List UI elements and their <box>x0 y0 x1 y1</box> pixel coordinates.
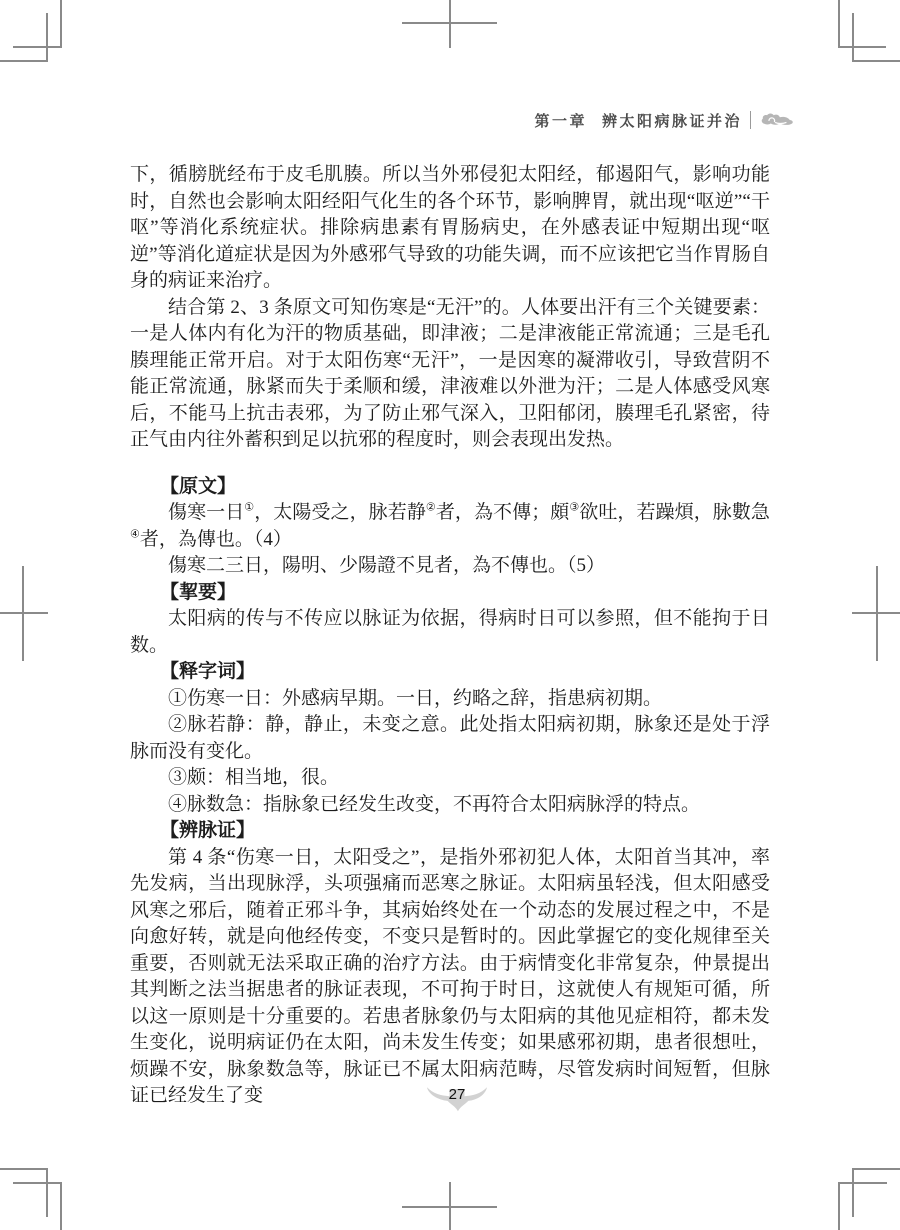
crop-mark-line <box>60 0 62 48</box>
page-number: 27 <box>426 1086 488 1103</box>
crop-mark-line <box>402 22 497 24</box>
paragraph-gap <box>130 454 770 474</box>
footnote-marker: ③ <box>569 502 579 514</box>
footnote-marker: ④ <box>130 528 140 540</box>
crop-mark-line <box>0 1168 48 1170</box>
chapter-label: 第一章 <box>534 110 587 131</box>
paragraph: ②脉若静：静，静止，未变之意。此处指太阳病初期，脉象还是处于浮脉而没有变化。 <box>130 712 770 765</box>
paragraph: ①伤寒一日：外感病早期。一日，约略之辞，指患病初期。 <box>130 686 770 713</box>
paragraph: ③颇：相当地，很。 <box>130 765 770 792</box>
paragraph: 第 4 条“伤寒一日，太阳受之”，是指外邪初犯人体，太阳首当其冲，率先发病，当出… <box>130 845 770 1110</box>
book-page: 第一章 辨太阳病脉证并治 下，循膀胱经布于皮毛肌腠。所以当外邪侵犯太阳经，郁遏阳… <box>0 0 900 1230</box>
crop-mark-line <box>852 1168 900 1170</box>
cloud-icon <box>760 112 794 129</box>
crop-mark-line <box>13 46 61 48</box>
crop-mark-line <box>0 60 48 62</box>
crop-mark-line <box>22 566 24 661</box>
crop-mark-line <box>46 13 48 62</box>
crop-mark-line <box>852 1168 854 1217</box>
footnote-marker: ② <box>426 502 436 514</box>
crop-mark-line <box>838 1182 840 1230</box>
crop-mark-line <box>852 13 854 62</box>
crop-mark-line <box>402 1206 497 1208</box>
paragraph: 结合第 2、3 条原文可知伤寒是“无汗”的。人体要出汗有三个关键要素：一是人体内… <box>130 295 770 454</box>
section-heading: 【辨脉证】 <box>130 818 770 845</box>
section-heading: 【原文】 <box>130 474 770 501</box>
paragraph: ④脉数急：指脉象已经发生改变，不再符合太阳病脉浮的特点。 <box>130 792 770 819</box>
crop-mark-line <box>13 1182 61 1184</box>
crop-mark-line <box>838 46 886 48</box>
crop-mark-line <box>852 612 900 614</box>
header-divider <box>750 111 751 129</box>
page-footer: 27 <box>426 1086 488 1113</box>
section-heading: 【释字词】 <box>130 659 770 686</box>
section-heading: 【挈要】 <box>130 580 770 607</box>
paragraph: 傷寒一日①，太陽受之，脉若静②者，為不傳；頗③欲吐，若躁煩，脉數急④者，為傳也。… <box>130 500 770 553</box>
paragraph: 傷寒二三日，陽明、少陽證不見者，為不傳也。（5） <box>130 553 770 580</box>
crop-mark-line <box>876 566 878 661</box>
paragraph: 下，循膀胱经布于皮毛肌腠。所以当外邪侵犯太阳经，郁遏阳气，影响功能时，自然也会影… <box>130 162 770 295</box>
crop-mark-line <box>60 1182 62 1230</box>
crop-mark-line <box>852 60 900 62</box>
crop-mark-line <box>0 612 48 614</box>
crop-mark-line <box>839 1182 887 1184</box>
footnote-marker: ① <box>244 502 254 514</box>
running-header: 第一章 辨太阳病脉证并治 <box>534 106 794 134</box>
crop-mark-line <box>46 1168 48 1217</box>
crop-mark-line <box>838 0 840 48</box>
chapter-title: 辨太阳病脉证并治 <box>602 110 742 131</box>
crop-mark-line <box>449 0 451 48</box>
page-body: 下，循膀胱经布于皮毛肌腠。所以当外邪侵犯太阳经，郁遏阳气，影响功能时，自然也会影… <box>130 162 770 1110</box>
paragraph: 太阳病的传与不传应以脉证为依据，得病时日可以参照，但不能拘于日数。 <box>130 606 770 659</box>
